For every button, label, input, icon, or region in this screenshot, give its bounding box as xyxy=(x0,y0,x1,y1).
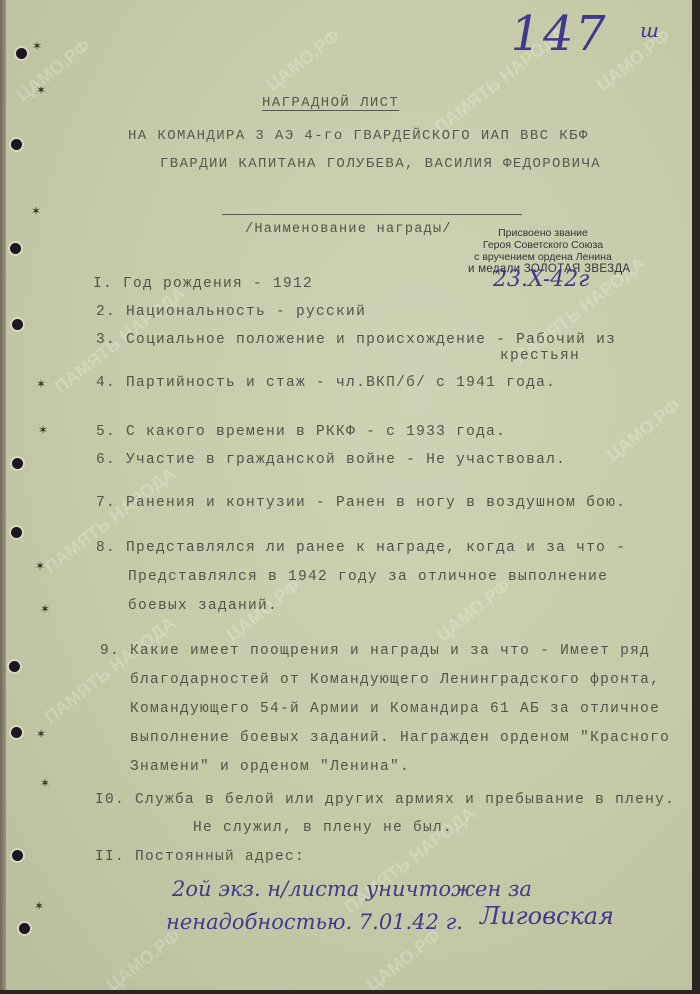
handwritten-note-line-1: 2ой экз. н/листа уничтожен за xyxy=(172,877,532,901)
paper-tear: ✶ xyxy=(34,900,44,912)
binder-hole xyxy=(9,661,20,672)
paper-tear: ✶ xyxy=(40,603,50,615)
watermark: ЦАМО.РФ xyxy=(13,35,95,105)
award-name-caption: /Наименование награды/ xyxy=(245,222,452,237)
subtitle-line-2: ГВАРДИИ КАПИТАНА ГОЛУБЕВА, ВАСИЛИЯ ФЕДОР… xyxy=(160,156,601,172)
item-5: 5. С какого времени в РККФ - с 1933 года… xyxy=(96,424,506,440)
subtitle-line-1: НА КОМАНДИРА 3 АЭ 4-го ГВАРДЕЙСКОГО ИАП … xyxy=(128,128,589,144)
paper-tear: ✶ xyxy=(31,205,41,217)
item-10: I0. Служба в белой или других армиях и п… xyxy=(95,792,675,808)
page-left-edge xyxy=(0,0,6,990)
binder-hole xyxy=(19,923,30,934)
handwritten-note-line-2: ненадобностью. 7.01.42 г. xyxy=(166,910,463,934)
stamp-line-2: Героя Советского Союза xyxy=(468,239,618,251)
item-9: 9. Какие имеет поощрения и награды и за … xyxy=(100,643,650,659)
paper-tear: ✶ xyxy=(36,728,46,740)
item-8-cont-2: боевых заданий. xyxy=(128,598,278,614)
binder-hole xyxy=(12,319,23,330)
paper-tear: ✶ xyxy=(32,40,42,52)
item-2: 2. Национальность - русский xyxy=(96,304,366,320)
item-1: I. Год рождения - 1912 xyxy=(93,276,313,292)
item-6: 6. Участие в гражданской войне - Не учас… xyxy=(96,452,566,468)
item-9-cont-3: выполнение боевых заданий. Награжден орд… xyxy=(130,730,670,746)
binder-hole xyxy=(11,139,22,150)
item-3: 3. Социальное положение и происхождение … xyxy=(96,332,616,348)
binder-hole xyxy=(16,48,27,59)
paper-tear: ✶ xyxy=(38,424,48,436)
watermark: ЦАМО.РФ xyxy=(363,925,445,990)
stamp-line-1: Присвоено звание xyxy=(468,227,618,239)
item-8-cont-1: Представлялся в 1942 году за отличное вы… xyxy=(128,569,608,585)
binder-hole xyxy=(10,243,21,254)
watermark: ЦАМО.РФ xyxy=(433,575,515,645)
item-9-cont-2: Командующего 54-й Армии и Командира 61 А… xyxy=(130,701,660,717)
watermark: ЦАМО.РФ xyxy=(603,395,685,465)
binder-hole xyxy=(11,527,22,538)
binder-hole xyxy=(11,727,22,738)
stamp-line-3: с вручением ордена Ленина xyxy=(468,251,618,263)
paper-tear: ✶ xyxy=(36,84,46,96)
item-8: 8. Представлялся ли ранее к награде, ког… xyxy=(96,540,626,556)
item-3-cont: крестьян xyxy=(500,348,580,364)
paper-tear: ✶ xyxy=(35,560,45,572)
watermark: ЦАМО.РФ xyxy=(103,925,185,990)
handwritten-page-number: 147 xyxy=(505,6,612,62)
item-4: 4. Партийность и стаж - чл.ВКП/б/ с 1941… xyxy=(96,375,556,391)
item-9-cont-4: Знамени" и орденом "Ленина". xyxy=(130,759,410,775)
handwritten-signature: Лиговская xyxy=(480,902,614,930)
stamp-date: 23.X-42г xyxy=(493,267,589,292)
award-sheet-page: ✶ ✶ ✶ ✶ ✶ ✶ ✶ ✶ ✶ ✶ ЦАМО.РФ ЦАМО.РФ ПАМЯ… xyxy=(0,0,692,990)
watermark: ПАМЯТЬ НАРОДА xyxy=(41,463,180,578)
document-title: НАГРАДНОЙ ЛИСТ xyxy=(262,95,399,111)
binder-hole xyxy=(12,850,23,861)
item-9-cont-1: благодарностей от Командующего Ленинград… xyxy=(130,672,660,688)
corner-mark: ш xyxy=(640,18,659,42)
item-11: II. Постоянный адрес: xyxy=(95,849,305,865)
paper-tear: ✶ xyxy=(40,777,50,789)
item-7: 7. Ранения и контузии - Ранен в ногу в в… xyxy=(96,495,626,511)
award-name-rule xyxy=(222,214,522,215)
item-10-cont: Не служил, в плену не был. xyxy=(193,820,453,836)
watermark: ЦАМО.РФ xyxy=(263,25,345,95)
paper-tear: ✶ xyxy=(36,378,46,390)
binder-hole xyxy=(12,458,23,469)
